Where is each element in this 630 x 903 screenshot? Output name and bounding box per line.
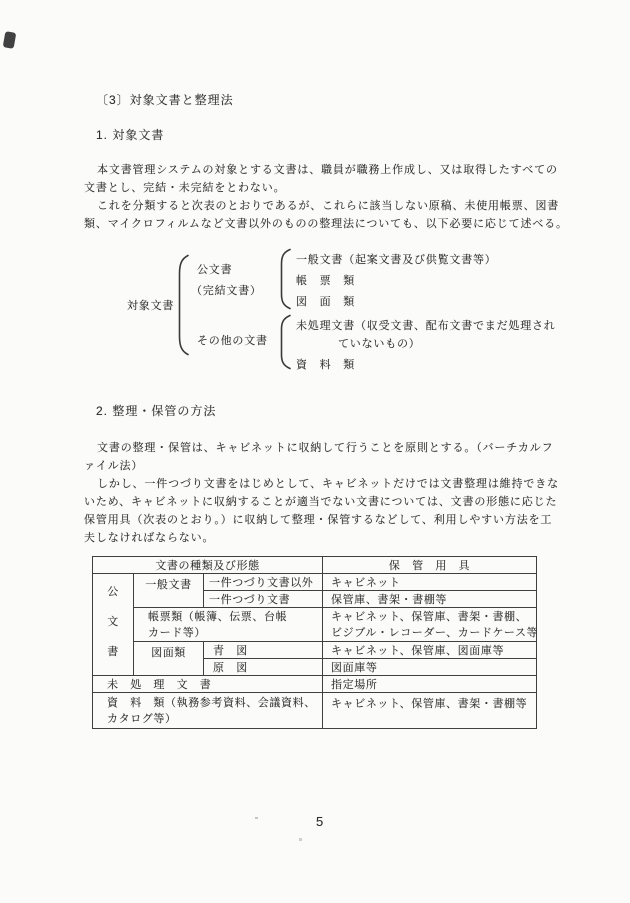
diagram-item: 図 面 類 [296, 293, 355, 309]
scanned-document-page: 〔3〕対象文書と整理法 1. 対象文書 本文書管理システムの対象とする文書は、職… [0, 0, 630, 903]
table-row: 図面類 青 図 キャビネット、保管庫、図面庫等 [93, 642, 537, 659]
page-title: 〔3〕対象文書と整理法 [96, 91, 234, 108]
text-line: これを分類すると次表のとおりであるが、これらに該当しない原稿、未使用帳票、図書 [97, 197, 559, 213]
table-row: 公 文 書 一般文書 一件つづり文書以外 キャビネット [93, 574, 537, 591]
text-line: しかし、一件つづり文書をはじめとして、キャビネットだけでは文書整理は維持できな [97, 475, 559, 491]
scan-speck [255, 817, 258, 819]
table-cell-storage: キャビネット、保管庫、書架・書棚、 ビジブル・レコーダー、カードケース等 [323, 608, 537, 642]
storage-table-container: 文書の種類及び形態 保 管 用 具 公 文 書 一般文書 一件つづり文書以外 キ… [92, 556, 537, 729]
diagram-group2-label: その他の文書 [197, 332, 268, 348]
table-cell-unprocessed: 未 処 理 文 書 [93, 676, 323, 693]
cell-line: ビジブル・レコーダー、カードケース等 [323, 625, 536, 641]
text-line: 保管用具（次表のとおり。）に収納して整理・保管するなどして、利用しやすい方法を工 [84, 511, 552, 527]
vertical-char: 書 [107, 643, 119, 659]
section-2-heading: 2. 整理・保管の方法 [96, 402, 216, 419]
text-line: 文書の整理・保管は、キャビネットに収納して行うことを原則とする。（バーチカルフ [97, 439, 553, 455]
text-line: 本文書管理システムの対象とする文書は、職員が職務上作成し、又は取得したすべての [97, 161, 558, 177]
table-cell-materials: 資 料 類（執務参考資料、会議資料、 カタログ等） [93, 693, 323, 729]
table-cell-form: 一件つづり文書 [204, 591, 323, 608]
diagram-item: 未処理文書（収受文書、配布文書でまだ処理され [296, 317, 556, 333]
table-cell-storage: 図面庫等 [323, 659, 537, 676]
table-cell-form: 原 図 [204, 659, 323, 676]
text-line: ァイル法） [84, 457, 143, 473]
diagram-root-label: 対象文書 [127, 297, 174, 313]
table-cell-storage: キャビネット、保管庫、図面庫等 [323, 642, 537, 659]
table-cell-form: 青 図 [204, 642, 323, 659]
storage-table: 文書の種類及び形態 保 管 用 具 公 文 書 一般文書 一件つづり文書以外 キ… [92, 556, 537, 729]
vertical-char: 文 [107, 613, 119, 629]
table-header-row: 文書の種類及び形態 保 管 用 具 [93, 557, 537, 574]
cell-line: 帳票類（帳簿、伝票、台帳 [134, 609, 322, 625]
cell-line: 資 料 類（執務参考資料、会議資料、 [93, 695, 322, 711]
brace-icon [176, 254, 190, 356]
diagram-item: 一般文書（起案文書及び供覧文書等） [296, 251, 497, 267]
diagram-item: 資 料 類 [296, 356, 355, 372]
cell-line: カタログ等） [93, 711, 322, 727]
table-cell-storage: キャビネット、保管庫、書架・書棚等 [323, 693, 537, 729]
table-header-storage: 保 管 用 具 [323, 557, 537, 574]
table-cell-general-docs: 一般文書 [134, 574, 204, 608]
vertical-char: 公 [107, 583, 119, 599]
page-number: 5 [316, 814, 323, 829]
table-cell-storage: 保管庫、書架・書棚等 [323, 591, 537, 608]
diagram-group1-label: 公文書 [197, 261, 232, 277]
table-cell-storage: キャビネット [323, 574, 537, 591]
table-cell-ledger: 帳票類（帳簿、伝票、台帳 カード等） [134, 608, 323, 642]
brace-icon [278, 314, 292, 370]
cell-line: カード等） [134, 625, 322, 641]
diagram-item: ていないもの） [338, 335, 421, 351]
table-row: 帳票類（帳簿、伝票、台帳 カード等） キャビネット、保管庫、書架・書棚、 ビジブ… [93, 608, 537, 642]
diagram-item: 帳 票 類 [296, 272, 355, 288]
text-line: 夫しなければならない。 [84, 529, 214, 545]
table-row: 資 料 類（執務参考資料、会議資料、 カタログ等） キャビネット、保管庫、書架・… [93, 693, 537, 729]
table-header-types: 文書の種類及び形態 [93, 557, 323, 574]
section-1-heading: 1. 対象文書 [96, 126, 164, 143]
cell-line: キャビネット、保管庫、書架・書棚、 [323, 609, 536, 625]
table-cell-storage: 指定場所 [323, 676, 537, 693]
scan-speck [3, 31, 17, 49]
table-cell-drawings: 図面類 [134, 642, 204, 676]
text-line: 類、マイクロフィルムなど文書以外のものの整理法についても、以下必要に応じて述べる… [84, 215, 568, 231]
table-cell-form: 一件つづり文書以外 [204, 574, 323, 591]
brace-icon [278, 248, 292, 310]
text-line: いため、キャビネットに収納することが適当でない文書については、文書の形態に応じた [84, 493, 557, 509]
table-row: 未 処 理 文 書 指定場所 [93, 676, 537, 693]
table-cell-official-doc-vertical: 公 文 書 [93, 574, 134, 676]
diagram-group1-sublabel: （完結文書） [191, 282, 262, 298]
scan-speck [299, 838, 302, 841]
text-line: 文書とし、完結・未完結をとわない。 [84, 179, 285, 195]
